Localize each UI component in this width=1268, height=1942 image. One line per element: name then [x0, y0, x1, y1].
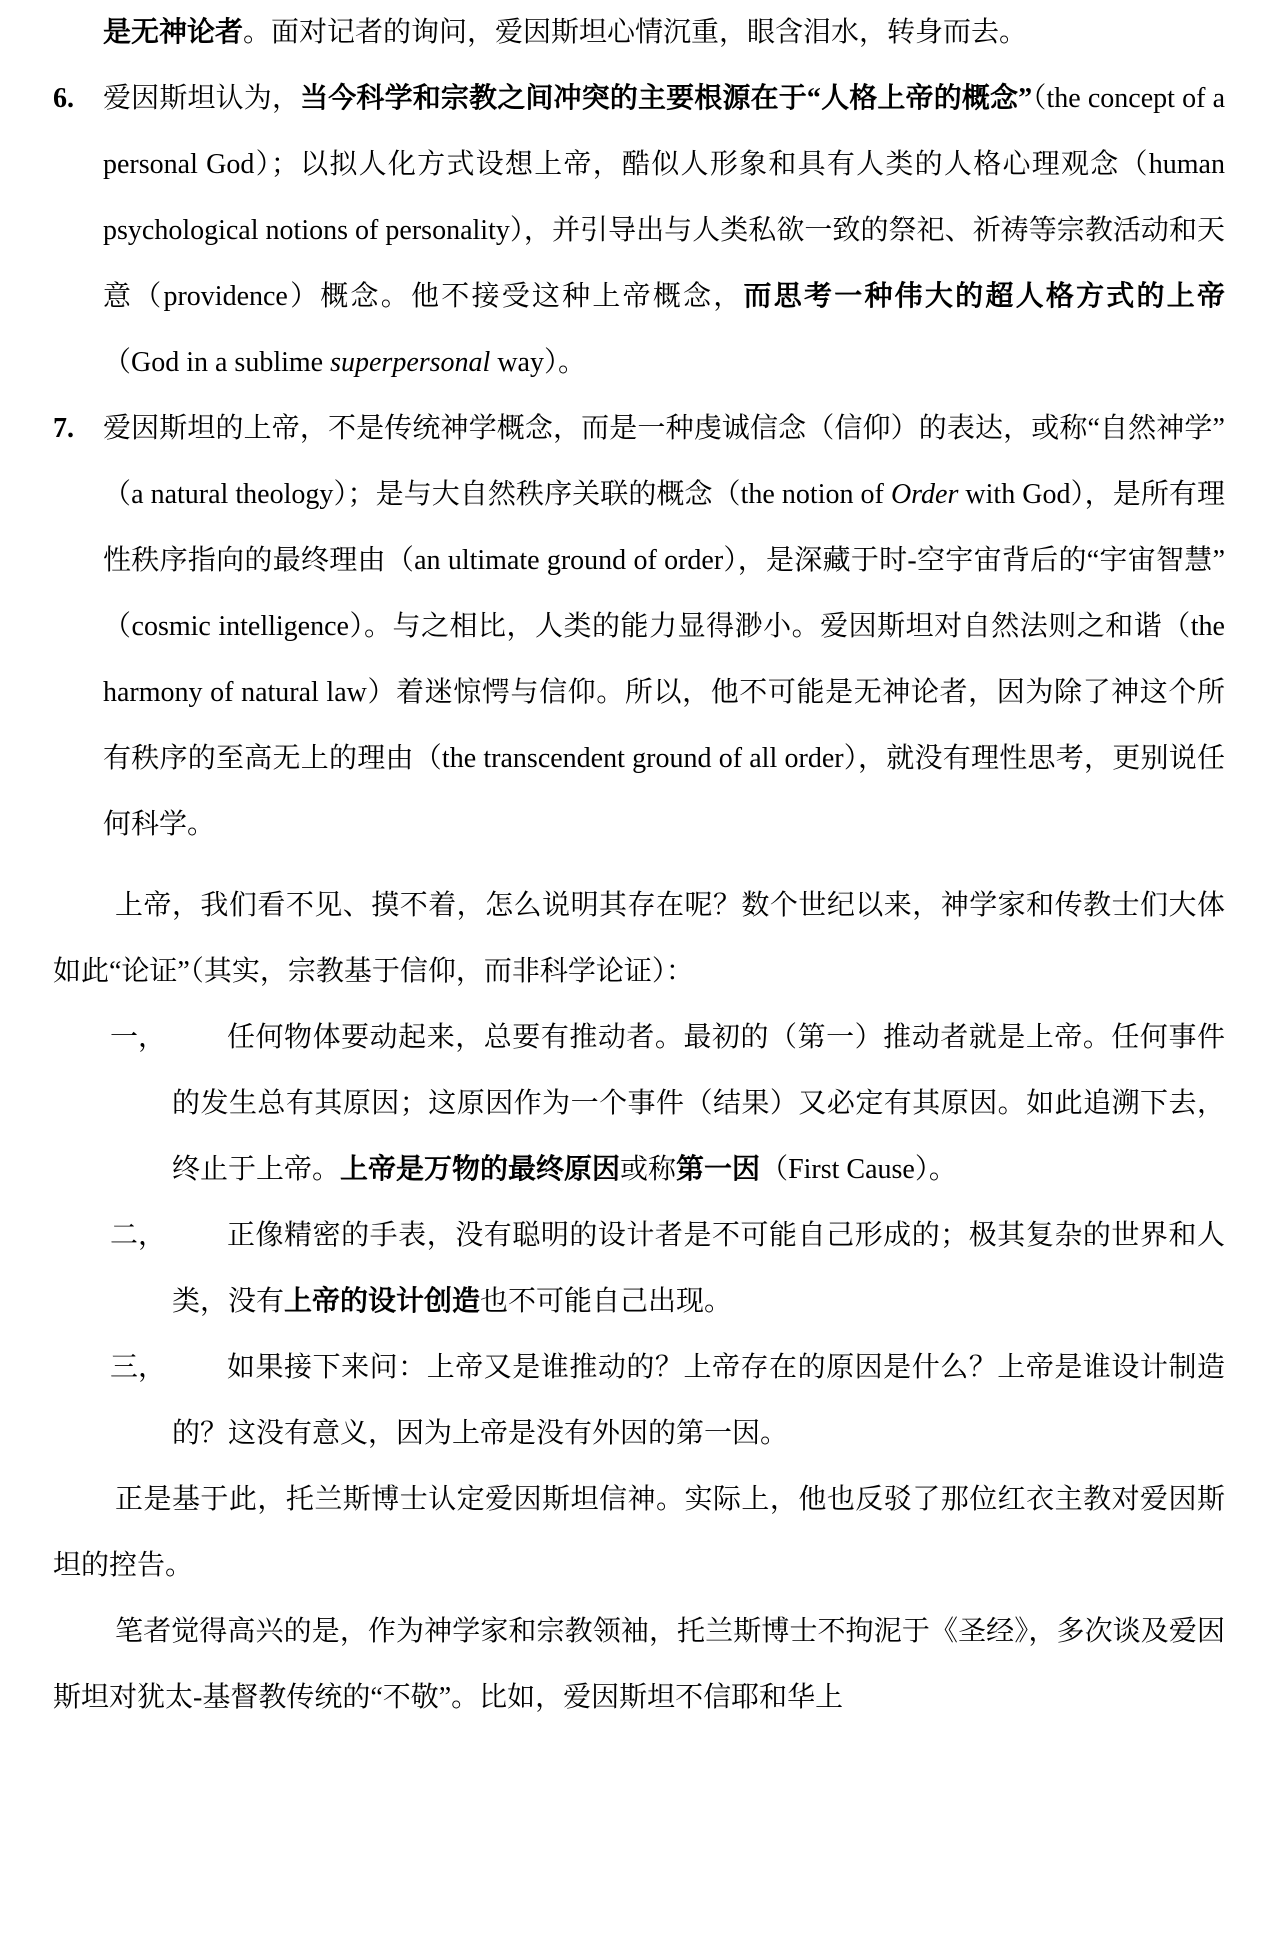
bold-text-run: 第一因 [676, 1154, 760, 1185]
sub-item-2: 二， 正像精密的手表，没有聪明的设计者是不可能自己形成的；极其复杂的世界和人类，… [53, 1203, 1225, 1335]
document-page: 是无神论者。面对记者的询问，爱因斯坦心情沉重，眼含泪水，转身而去。 6. 爱因斯… [0, 0, 1268, 1942]
paragraph-torrance-conclusion: 正是基于此，托兰斯博士认定爱因斯坦信神。实际上，他也反驳了那位红衣主教对爱因斯坦… [53, 1467, 1225, 1599]
text-run: （God in a sublime [103, 347, 330, 378]
list-item-5-continuation: 是无神论者。面对记者的询问，爱因斯坦心情沉重，眼含泪水，转身而去。 [103, 0, 1225, 66]
bold-text-run: 当今科学和宗教之间冲突的主要根源在于“人格上帝的概念” [300, 83, 1032, 114]
sub-item-1: 一， 任何物体要动起来，总要有推动者。最初的（第一）推动者就是上帝。任何事件的发… [53, 1005, 1225, 1203]
sub-item-1-text: 任何物体要动起来，总要有推动者。最初的（第一）推动者就是上帝。任何事件的发生总有… [172, 1005, 1225, 1203]
sub-item-1-marker: 一， [110, 1005, 166, 1071]
bold-text-run: 上帝的设计创造 [284, 1286, 480, 1317]
text-run: 或称 [620, 1154, 676, 1185]
text-run: way）。 [490, 347, 586, 378]
sub-item-2-text: 正像精密的手表，没有聪明的设计者是不可能自己形成的；极其复杂的世界和人类，没有上… [172, 1203, 1225, 1335]
text-run: with God），是所有理性秩序指向的最终理由（an ultimate gro… [103, 479, 1225, 840]
text-run: 。面对记者的询问，爱因斯坦心情沉重，眼含泪水，转身而去。 [243, 17, 1027, 48]
sub-item-3-marker: 三， [110, 1335, 166, 1401]
sub-item-3-text: 如果接下来问：上帝又是谁推动的？上帝存在的原因是什么？上帝是谁设计制造的？这没有… [172, 1335, 1225, 1467]
list-number-6: 6. [53, 66, 103, 132]
sub-item-3: 三， 如果接下来问：上帝又是谁推动的？上帝存在的原因是什么？上帝是谁设计制造的？… [53, 1335, 1225, 1467]
text-run: 也不可能自己出现。 [480, 1286, 732, 1317]
paragraph-author-comment: 笔者觉得高兴的是，作为神学家和宗教领袖，托兰斯博士不拘泥于《圣经》，多次谈及爱因… [53, 1599, 1225, 1731]
text-run: 爱因斯坦认为， [103, 83, 300, 114]
bold-text-run: 而思考一种伟大的超人格方式的上帝 [744, 281, 1225, 312]
list-item-6-text: 爱因斯坦认为，当今科学和宗教之间冲突的主要根源在于“人格上帝的概念”（the c… [103, 66, 1225, 396]
bold-text-run: 上帝是万物的最终原因 [340, 1154, 620, 1185]
text-run: （the concept of a personal God）；以拟人化方式设想… [103, 83, 1225, 312]
italic-text-run: Order [891, 479, 958, 510]
list-item-7-text: 爱因斯坦的上帝，不是传统神学概念，而是一种虔诚信念（信仰）的表达，或称“自然神学… [103, 396, 1225, 858]
text-run: （First Cause）。 [760, 1154, 957, 1185]
text-run: 如果接下来问：上帝又是谁推动的？上帝存在的原因是什么？上帝是谁设计制造的？这没有… [172, 1352, 1225, 1449]
list-number-7: 7. [53, 396, 103, 462]
text-run: 笔者觉得高兴的是，作为神学家和宗教领袖，托兰斯博士不拘泥于《圣经》，多次谈及爱因… [53, 1616, 1225, 1713]
text-run: 正是基于此，托兰斯博士认定爱因斯坦信神。实际上，他也反驳了那位红衣主教对爱因斯坦… [53, 1484, 1225, 1581]
text-run: 上帝，我们看不见、摸不着，怎么说明其存在呢？数个世纪以来，神学家和传教士们大体如… [53, 890, 1225, 987]
italic-text-run: superpersonal [330, 347, 490, 378]
list-item-7: 7. 爱因斯坦的上帝，不是传统神学概念，而是一种虔诚信念（信仰）的表达，或称“自… [53, 396, 1225, 858]
paragraph-god-existence: 上帝，我们看不见、摸不着，怎么说明其存在呢？数个世纪以来，神学家和传教士们大体如… [53, 873, 1225, 1005]
sub-item-2-marker: 二， [110, 1203, 166, 1269]
bold-text-run: 是无神论者 [103, 17, 243, 48]
list-item-6: 6. 爱因斯坦认为，当今科学和宗教之间冲突的主要根源在于“人格上帝的概念”（th… [53, 66, 1225, 396]
